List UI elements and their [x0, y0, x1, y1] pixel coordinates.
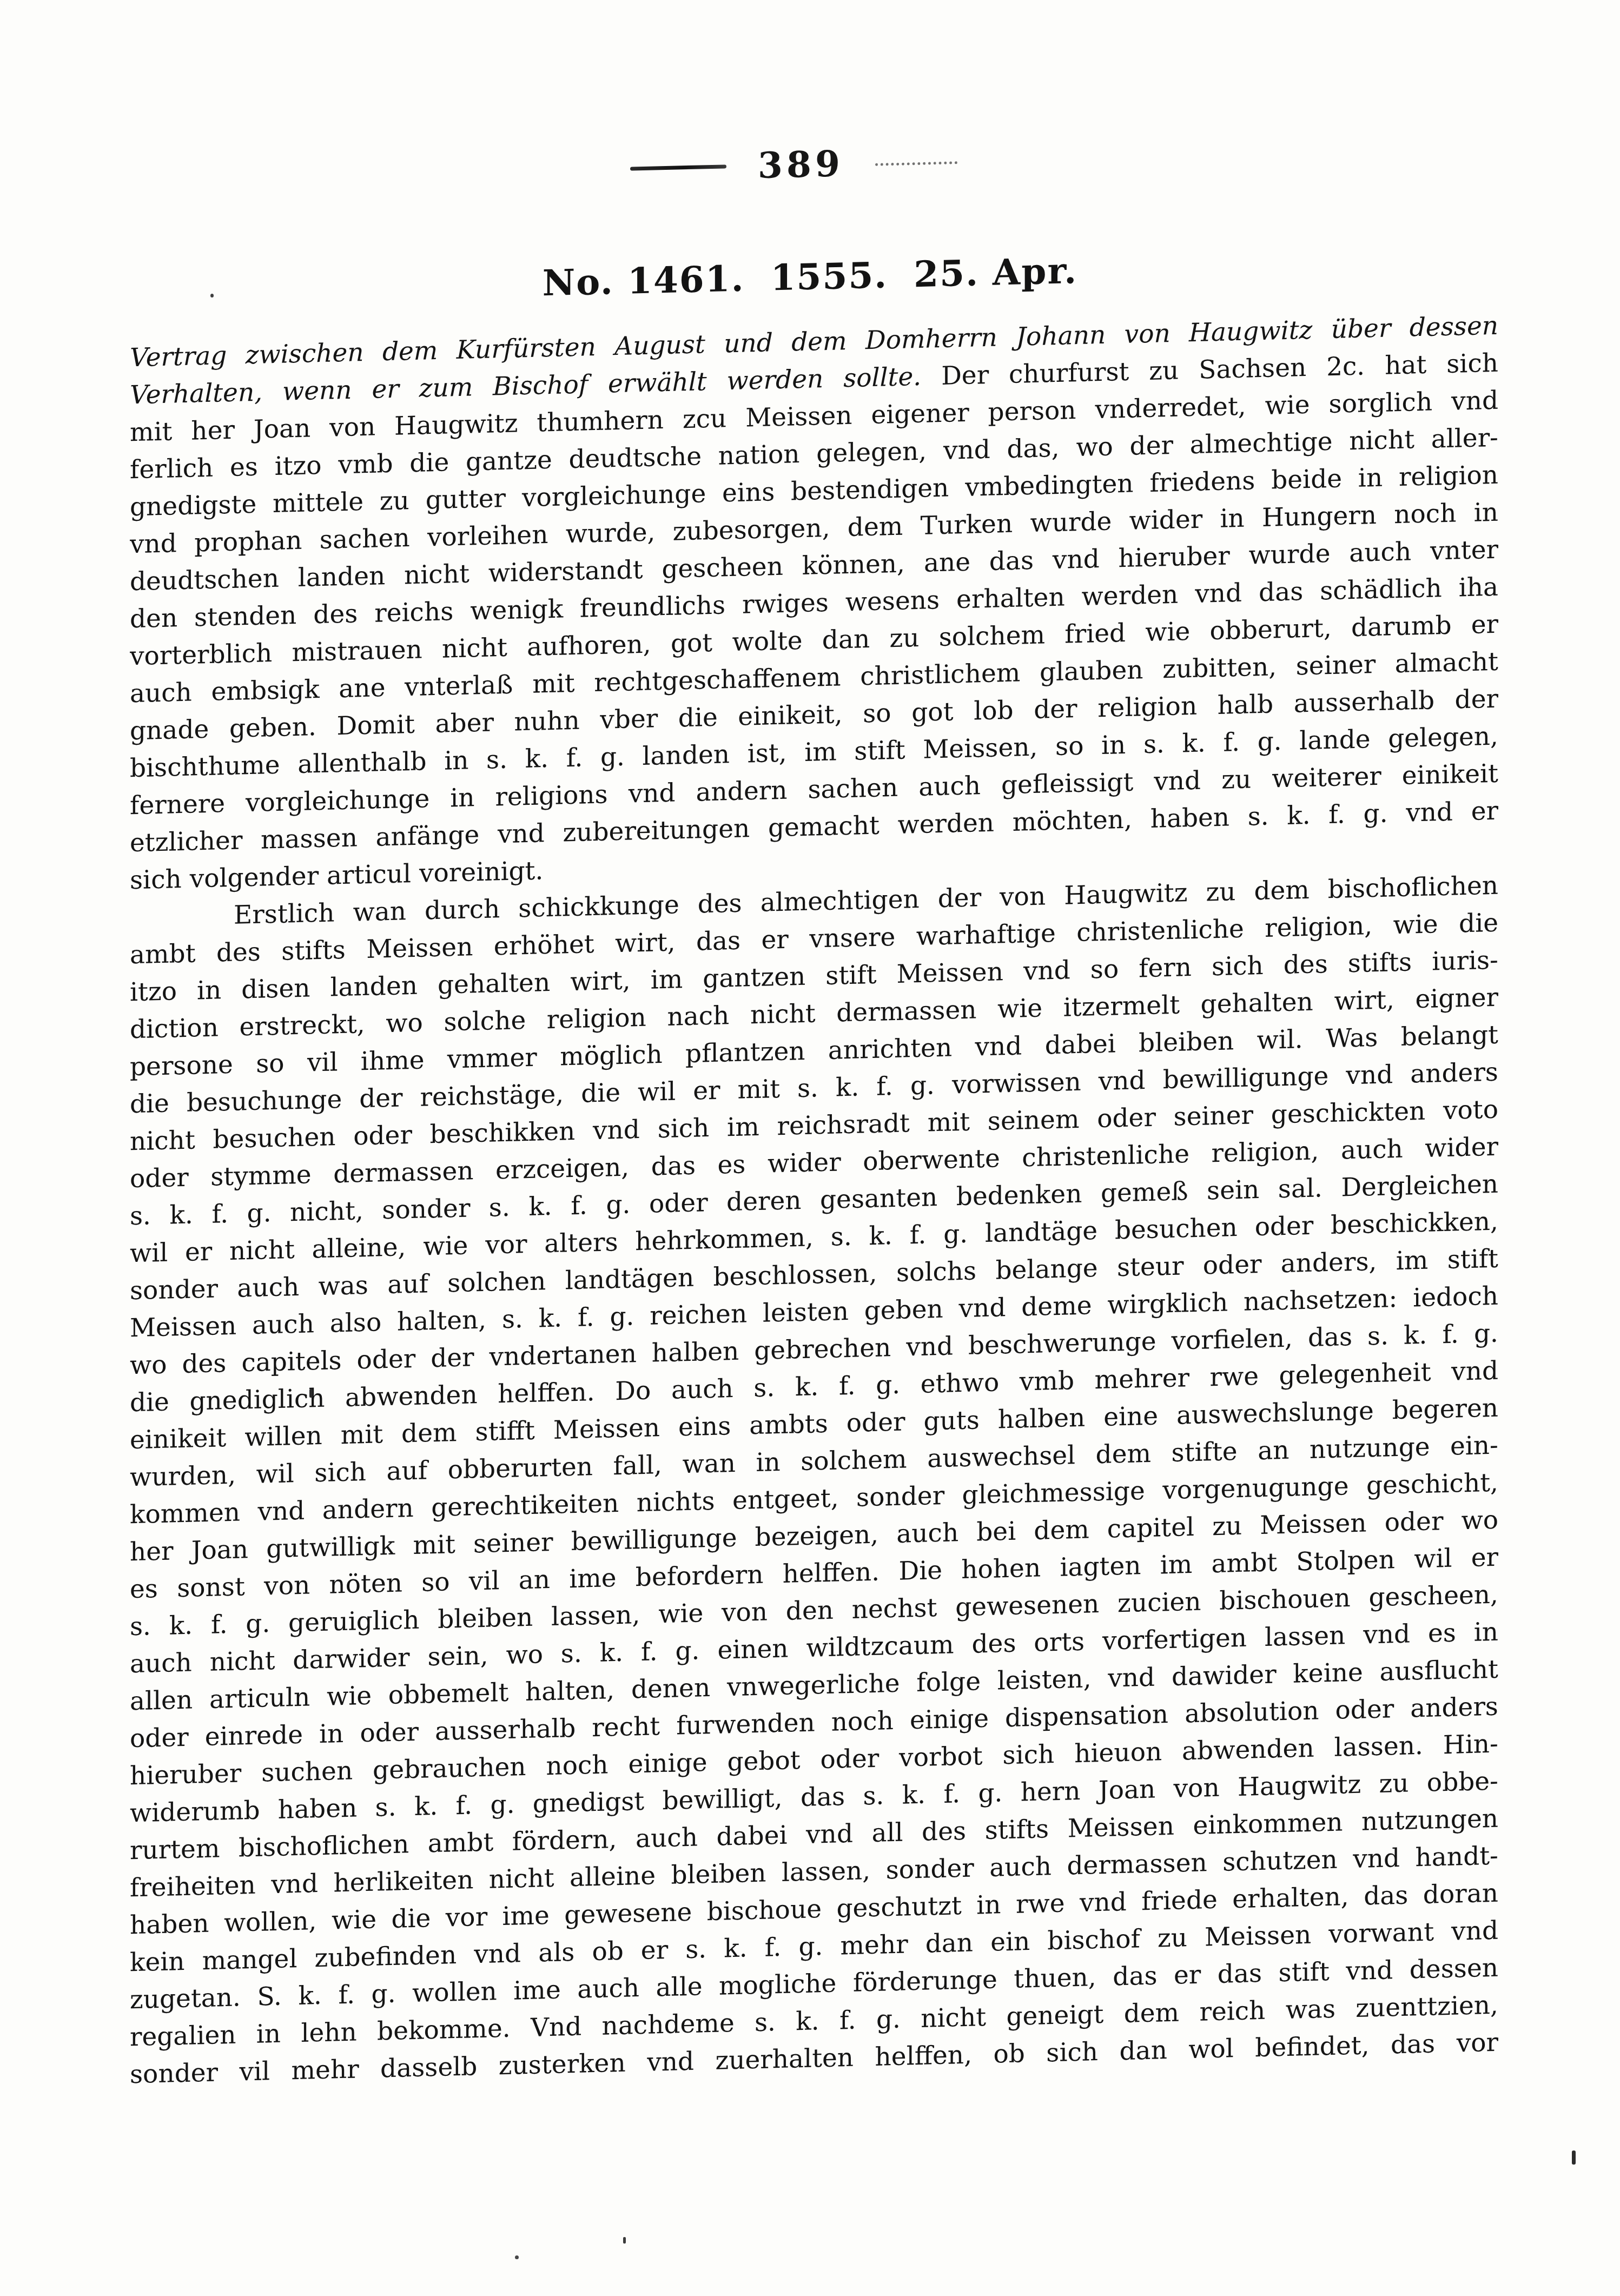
heading-date: 25. Apr. [914, 249, 1077, 295]
left-rule-icon [630, 164, 726, 170]
page-content: 389 No. 1461.1555.25. Apr. Vertrag zwisc… [0, 0, 1620, 2296]
body-text: Vertrag zwischen dem Kurfürsten August u… [130, 307, 1498, 2094]
page-number: 389 [758, 142, 844, 187]
document-heading: No. 1461.1555.25. Apr. [0, 236, 1620, 317]
page-number-row: 389 [0, 124, 1604, 205]
scan-speck [309, 1389, 313, 1398]
scan-speck [1572, 2151, 1576, 2165]
scan-speck [623, 2237, 626, 2244]
heading-document-number: No. 1461. [543, 257, 745, 305]
scan-speck [515, 2255, 519, 2259]
scan-speck [210, 294, 214, 297]
right-dotted-rule-icon [875, 161, 957, 166]
heading-year: 1555. [771, 254, 888, 299]
scanned-document-page: { "page_header": { "page_number": "389" … [0, 0, 1620, 2296]
text-segment: sich volgender articul voreinigt. [130, 856, 543, 895]
